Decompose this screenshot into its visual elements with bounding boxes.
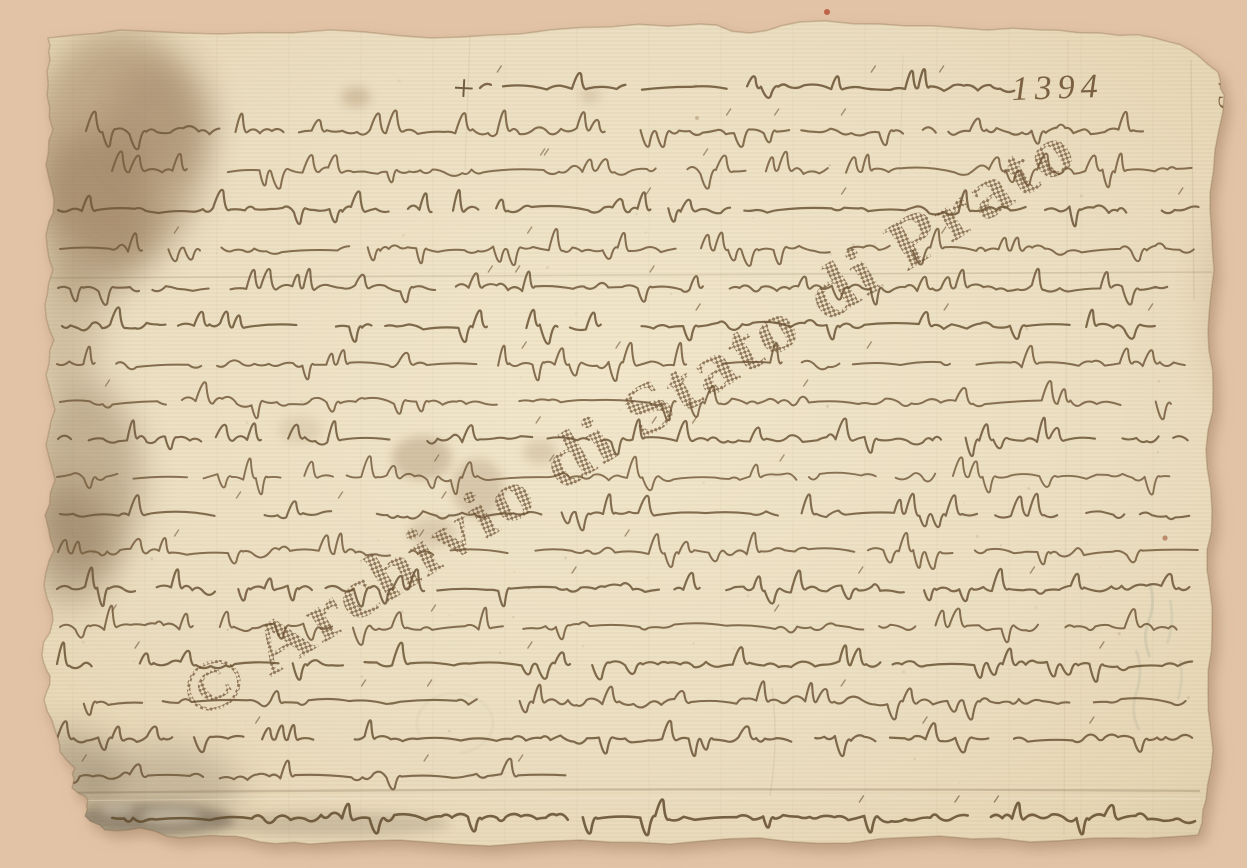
letter-image: + 1394 © Archivio di Stato di Prato 2373 bbox=[0, 0, 1247, 868]
manuscript-scan: + 1394 © Archivio di Stato di Prato 2373 bbox=[0, 0, 1247, 868]
year-numeral: 1394 bbox=[1011, 68, 1104, 108]
invocation-cross-glyph: + bbox=[450, 67, 478, 110]
